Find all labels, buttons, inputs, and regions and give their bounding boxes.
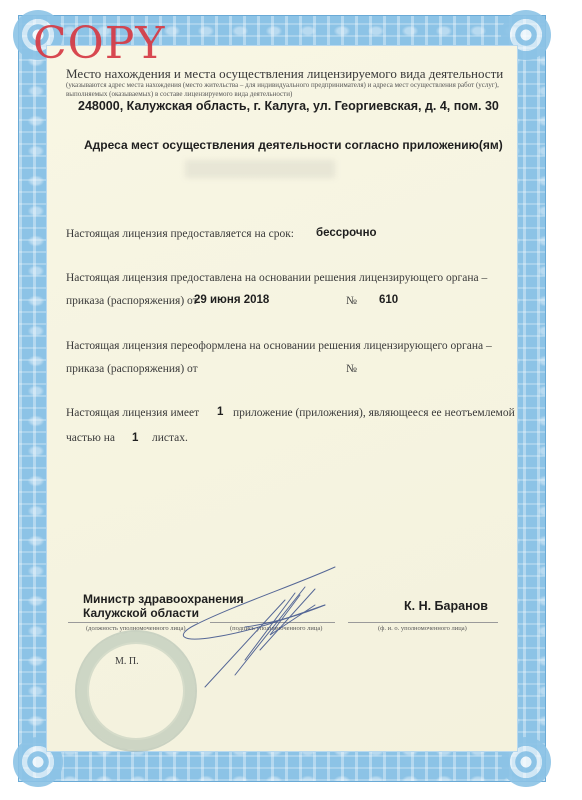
appendix-sheets: 1 <box>132 432 138 444</box>
handwritten-signature-icon <box>175 565 345 690</box>
place-heading: Место нахождения и места осуществления л… <box>66 66 503 82</box>
caption-name: (ф. и. о. уполномоченного лица) <box>378 625 467 632</box>
granted-date: 29 июня 2018 <box>194 294 269 306</box>
faded-text-ghost <box>185 160 335 178</box>
appendix-sheets-suffix: листах. <box>152 432 188 444</box>
appendix-sheets-prefix: частью на <box>66 432 115 444</box>
place-note: (указываются адрес места нахождения (мес… <box>66 81 516 99</box>
granted-number: 610 <box>379 294 398 306</box>
granted-line: Настоящая лицензия предоставлена на осно… <box>66 272 487 284</box>
license-page: COPY Место нахождения и места осуществле… <box>0 0 582 800</box>
seal-label: М. П. <box>115 656 139 667</box>
signatory-name: К. Н. Баранов <box>404 599 488 613</box>
reissued-number-label: № <box>346 363 357 375</box>
name-underline <box>348 622 498 623</box>
appendix-count: 1 <box>217 406 223 418</box>
copy-stamp: COPY <box>33 22 165 66</box>
granted-number-label: № <box>346 295 357 307</box>
reissued-order-label: приказа (распоряжения) от <box>66 363 198 375</box>
reissued-line: Настоящая лицензия переоформлена на осно… <box>66 340 492 352</box>
address-value: 248000, Калужская область, г. Калуга, ул… <box>78 99 499 113</box>
appendix-suffix: приложение (приложения), являющееся ее н… <box>233 407 515 419</box>
term-label: Настоящая лицензия предоставляется на ср… <box>66 228 294 240</box>
granted-order-label: приказа (распоряжения) от <box>66 295 198 307</box>
term-value: бессрочно <box>316 227 377 239</box>
appendix-prefix: Настоящая лицензия имеет <box>66 407 199 419</box>
addresses-per-appendix: Адреса мест осуществления деятельности с… <box>84 138 503 152</box>
